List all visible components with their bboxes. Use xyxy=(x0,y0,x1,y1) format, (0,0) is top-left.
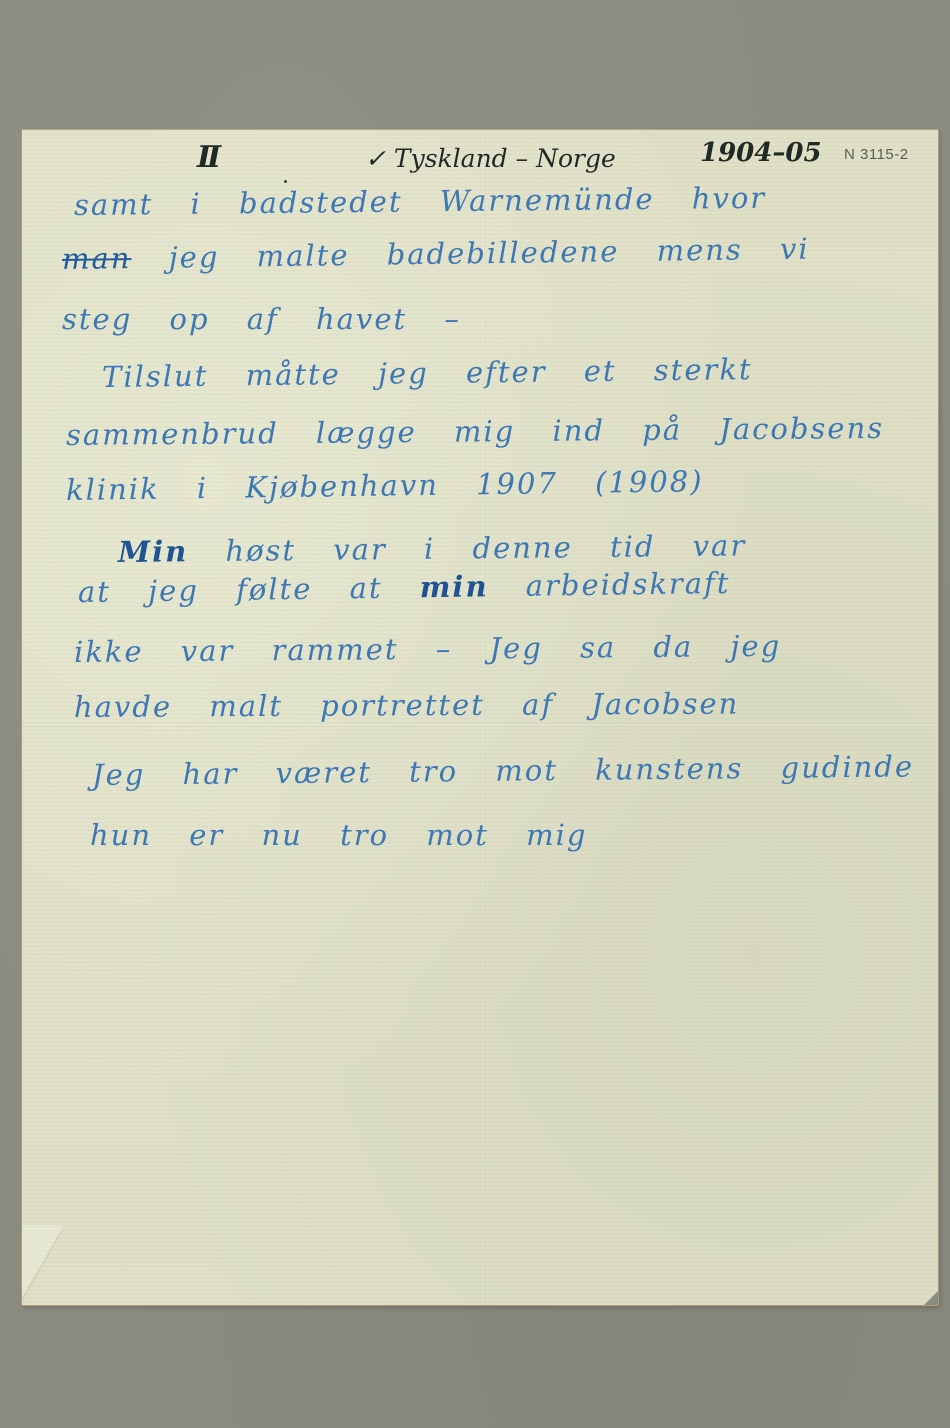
page-roman-numeral: II xyxy=(197,140,217,175)
horizontal-fold-line xyxy=(22,725,938,727)
line-text: Tilslut måtte jeg efter et sterkt xyxy=(102,352,753,394)
line-text: hun er nu tro mot mig xyxy=(90,818,587,852)
line-text: høst var i denne tid var xyxy=(225,528,746,567)
manuscript-line: Jeg har været tro mot kunstens gudinde xyxy=(92,749,914,792)
overwritten-word: Min xyxy=(118,534,189,569)
header-place-note: ✓ Tyskland – Norge xyxy=(365,144,616,173)
header-date: 1904–05 xyxy=(700,138,822,168)
line-text: klinik i Kjøbenhavn 1907 (1908) xyxy=(66,464,704,507)
line-text: sammenbrud lægge mig ind på Jacobsens xyxy=(66,411,884,452)
manuscript-line: sammenbrud lægge mig ind på Jacobsens xyxy=(66,411,884,452)
folded-corner-bottom-right xyxy=(924,1291,938,1305)
manuscript-line: ikke var rammet – Jeg sa da jeg xyxy=(74,629,781,669)
manuscript-line: at jeg følte at min arbeidskraft xyxy=(78,566,731,609)
line-text: ikke var rammet – Jeg sa da jeg xyxy=(74,629,781,669)
line-text: at jeg følte at xyxy=(78,571,383,609)
manuscript-line: hun er nu tro mot mig xyxy=(90,818,587,852)
line-text: samt i badstedet Warnemünde hvor xyxy=(74,181,767,222)
manuscript-line: Tilslut måtte jeg efter et sterkt xyxy=(102,352,753,394)
line-text: havde malt portrettet af Jacobsen xyxy=(74,687,739,724)
line-text: steg op af havet – xyxy=(62,302,461,336)
manuscript-page: II ✓ Tyskland – Norge 1904–05 N 3115-2 s… xyxy=(22,130,938,1305)
line-text: Jeg har været tro mot kunstens gudinde xyxy=(92,749,914,792)
archive-number-stamp: N 3115-2 xyxy=(844,146,909,163)
manuscript-line: klinik i Kjøbenhavn 1907 (1908) xyxy=(66,464,704,507)
manuscript-line: Min høst var i denne tid var xyxy=(118,528,747,569)
ink-speck xyxy=(284,180,287,183)
line-text: arbeidskraft xyxy=(526,566,731,603)
overwritten-word: min xyxy=(419,569,488,604)
line-text: jeg malte badebilledene mens vi xyxy=(168,232,809,275)
manuscript-line: man jeg malte badebilledene mens vi xyxy=(62,232,810,276)
folded-corner-bottom-left xyxy=(22,1225,62,1305)
manuscript-line: steg op af havet – xyxy=(62,302,461,336)
manuscript-line: samt i badstedet Warnemünde hvor xyxy=(74,181,767,222)
struck-word: man xyxy=(62,241,132,276)
manuscript-line: havde malt portrettet af Jacobsen xyxy=(74,687,739,724)
